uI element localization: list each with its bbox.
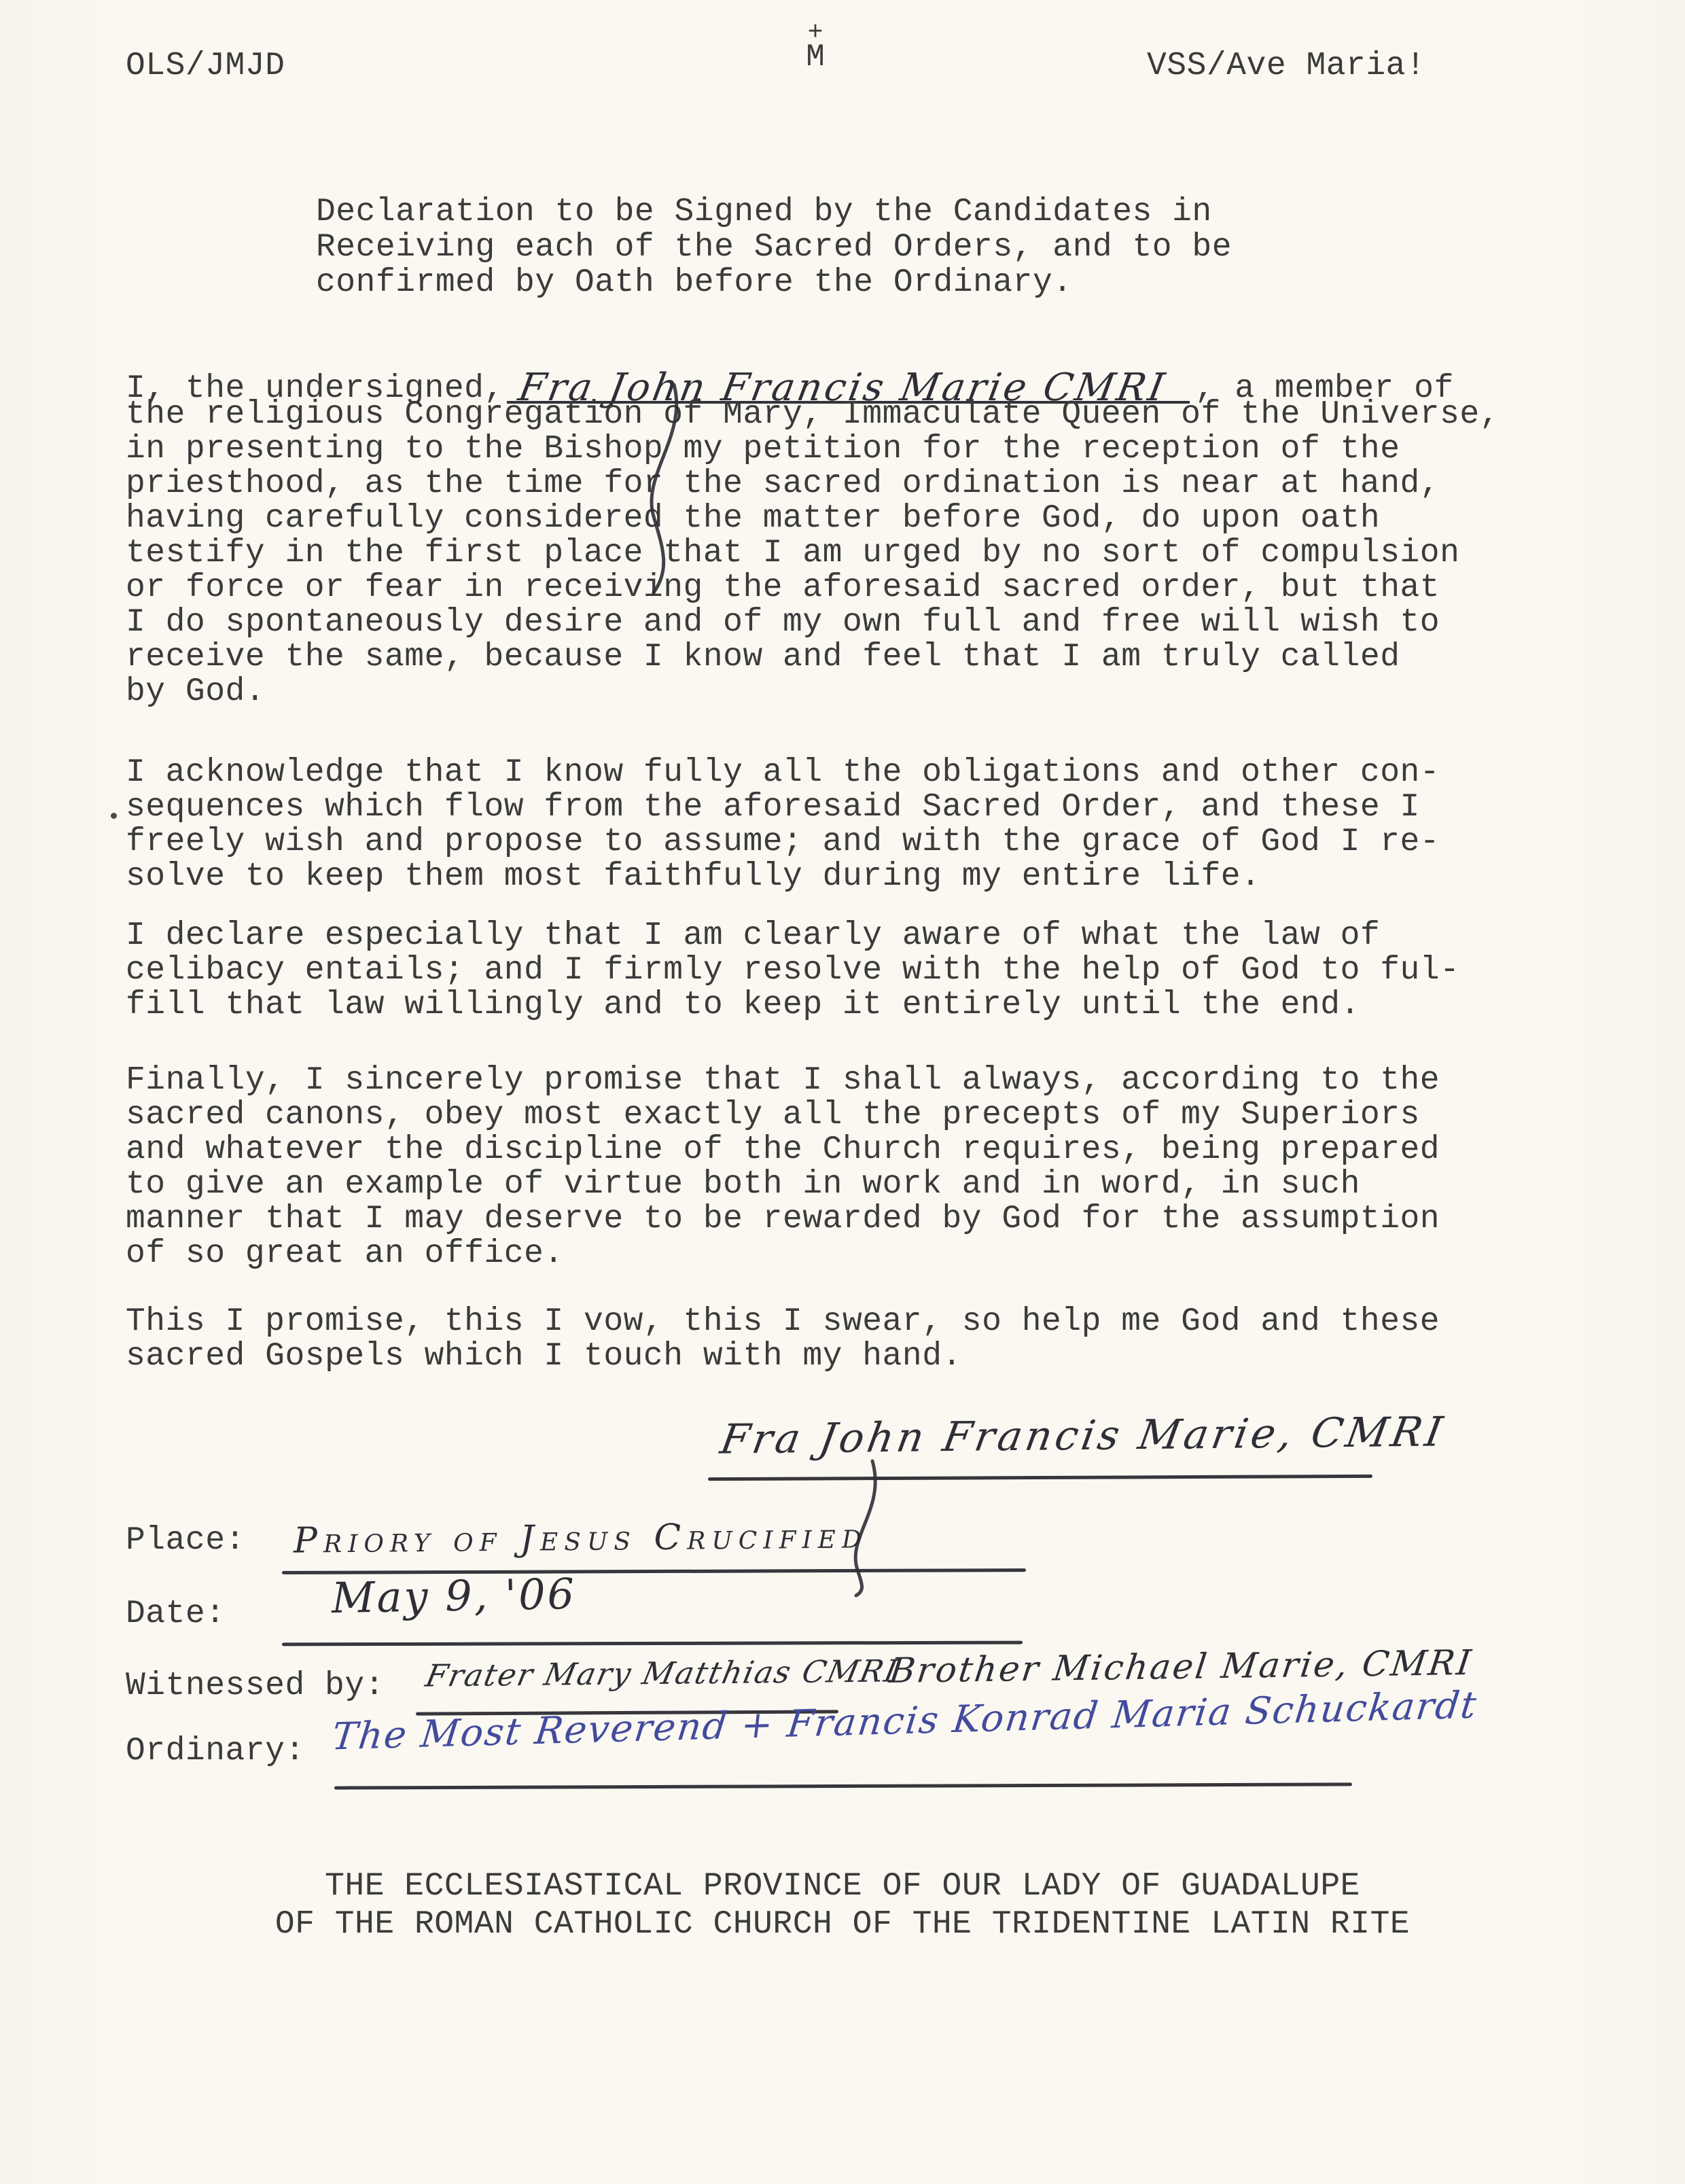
witness-2-signature: Brother Michael Marie, CMRI xyxy=(887,1643,1475,1691)
ordinary-signature-blue-ink: The Most Reverend + Francis Konrad Maria… xyxy=(330,1683,1479,1759)
candidate-signature: Fra John Francis Marie, CMRI xyxy=(717,1408,1449,1463)
footer-province-text: THE ECCLESIASTICAL PROVINCE OF OUR LADY … xyxy=(0,1867,1685,1943)
date-label: Date: xyxy=(126,1597,226,1632)
paragraph-3: I declare especially that I am clearly a… xyxy=(126,919,1459,1023)
monogram-m: M xyxy=(806,39,825,75)
paragraph-2: I acknowledge that I know fully all the … xyxy=(126,756,1440,894)
header-left-initials: OLS/JMJD xyxy=(126,49,285,84)
paragraph-5: This I promise, this I vow, this I swear… xyxy=(126,1305,1440,1374)
signature-underline xyxy=(708,1475,1372,1481)
document-title: Declaration to be Signed by the Candidat… xyxy=(316,194,1232,300)
ordinary-label: Ordinary: xyxy=(126,1734,305,1769)
paragraph-4: Finally, I sincerely promise that I shal… xyxy=(126,1063,1440,1271)
ordinary-underline xyxy=(334,1782,1352,1789)
paragraph-1-body: the religious Congregation of Mary, Imma… xyxy=(126,398,1500,709)
header-right-motto: VSS/Ave Maria! xyxy=(1147,49,1425,84)
place-value-handwritten: Priory of Jesus Crucified xyxy=(294,1515,868,1561)
scanned-declaration-document: OLS/JMJD + M VSS/Ave Maria! Declaration … xyxy=(0,0,1685,2184)
witnessed-by-label: Witnessed by: xyxy=(126,1669,385,1704)
marian-cross-monogram: + M xyxy=(788,23,842,71)
date-value-handwritten: May 9, '06 xyxy=(331,1569,576,1623)
witness-1-signature: Frater Mary Matthias CMRI xyxy=(423,1653,902,1693)
place-label: Place: xyxy=(126,1523,245,1558)
stray-ink-mark xyxy=(111,813,117,819)
date-underline xyxy=(282,1641,1023,1646)
